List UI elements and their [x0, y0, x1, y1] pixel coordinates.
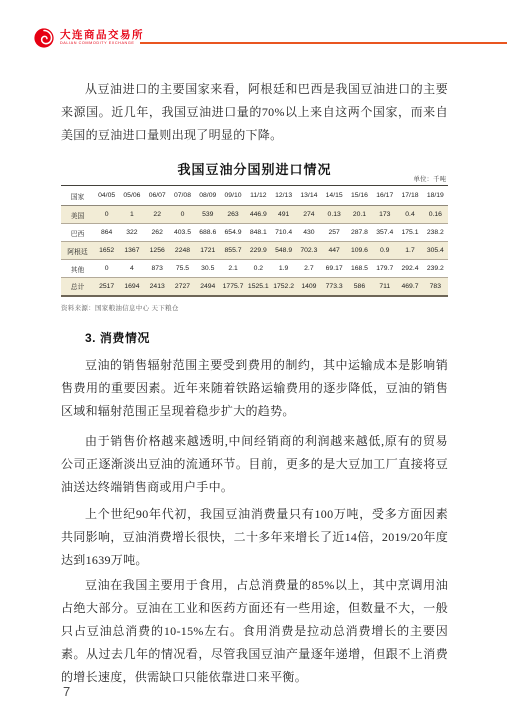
table-unit-label: 单位：千吨 [414, 174, 447, 183]
cell-value: 586 [347, 278, 372, 296]
row-label: 其他 [61, 260, 94, 278]
row-label: 巴西 [61, 224, 94, 242]
cell-value: 2517 [94, 278, 119, 296]
cell-value: 1367 [119, 242, 144, 260]
column-header-year: 17/18 [397, 186, 422, 206]
cell-value: 322 [119, 224, 144, 242]
paragraph-consumption-growth: 上个世纪90年代初，我国豆油消费量只有100万吨，受多方面因素共同影响，豆油消费… [61, 503, 448, 572]
cell-value: 654.9 [220, 224, 245, 242]
column-header-year: 11/12 [246, 186, 271, 206]
cell-value: 239.2 [423, 260, 448, 278]
table-source-note: 资料来源：国家粮油信息中心 天下粮仓 [61, 303, 448, 312]
cell-value: 1.9 [271, 260, 296, 278]
table-row: 美国01220539263446.94912740.1320.11730.40.… [61, 206, 448, 224]
dce-swirl-logo-icon [33, 27, 55, 49]
cell-value: 403.5 [170, 224, 195, 242]
cell-value: 1694 [119, 278, 144, 296]
table-row: 总计251716942413272724941775.71525.11752.2… [61, 278, 448, 296]
cell-value: 848.1 [246, 224, 271, 242]
paragraph-price-transparency: 由于销售价格越来越透明,中间经销商的利润越来越低,原有的贸易公司正逐渐淡出豆油的… [61, 430, 448, 499]
cell-value: 168.5 [347, 260, 372, 278]
cell-value: 688.6 [195, 224, 220, 242]
cell-value: 873 [145, 260, 170, 278]
cell-value: 229.9 [246, 242, 271, 260]
cell-value: 20.1 [347, 206, 372, 224]
cell-value: 2727 [170, 278, 195, 296]
row-label: 美国 [61, 206, 94, 224]
column-header-year: 18/19 [423, 186, 448, 206]
cell-value: 1752.2 [271, 278, 296, 296]
import-table: 国家04/0505/0606/0707/0808/0909/1011/1212/… [61, 185, 448, 297]
column-header-year: 12/13 [271, 186, 296, 206]
column-header-year: 14/15 [322, 186, 347, 206]
cell-value: 773.3 [322, 278, 347, 296]
cell-value: 2.7 [296, 260, 321, 278]
row-label: 总计 [61, 278, 94, 296]
cell-value: 855.7 [220, 242, 245, 260]
cell-value: 1.7 [397, 242, 422, 260]
cell-value: 30.5 [195, 260, 220, 278]
cell-value: 447 [322, 242, 347, 260]
cell-value: 175.1 [397, 224, 422, 242]
cell-value: 22 [145, 206, 170, 224]
page-content: 从豆油进口的主要国家来看，阿根廷和巴西是我国豆油进口的主要来源国。近几年，我国豆… [61, 0, 448, 689]
cell-value: 305.4 [423, 242, 448, 260]
row-label: 阿根廷 [61, 242, 94, 260]
cell-value: 1256 [145, 242, 170, 260]
cell-value: 0.4 [397, 206, 422, 224]
section-heading-consumption: 3. 消费情况 [61, 329, 448, 346]
cell-value: 1721 [195, 242, 220, 260]
cell-value: 173 [372, 206, 397, 224]
cell-value: 263 [220, 206, 245, 224]
cell-value: 1 [119, 206, 144, 224]
column-header-year: 16/17 [372, 186, 397, 206]
column-header-year: 06/07 [145, 186, 170, 206]
table-header-row: 国家04/0505/0606/0707/0808/0909/1011/1212/… [61, 186, 448, 206]
cell-value: 711 [372, 278, 397, 296]
cell-value: 783 [423, 278, 448, 296]
table-body: 美国01220539263446.94912740.1320.11730.40.… [61, 206, 448, 296]
cell-value: 0 [94, 260, 119, 278]
cell-value: 357.4 [372, 224, 397, 242]
cell-value: 864 [94, 224, 119, 242]
cell-value: 491 [271, 206, 296, 224]
column-header-year: 13/14 [296, 186, 321, 206]
table-row: 阿根廷16521367125622481721855.7229.9548.970… [61, 242, 448, 260]
column-header-country: 国家 [61, 186, 94, 206]
cell-value: 0 [94, 206, 119, 224]
cell-value: 1775.7 [220, 278, 245, 296]
cell-value: 0.9 [372, 242, 397, 260]
cell-value: 548.9 [271, 242, 296, 260]
cell-value: 2413 [145, 278, 170, 296]
cell-value: 2248 [170, 242, 195, 260]
table-row: 其他0487375.530.52.10.21.92.769.17168.5179… [61, 260, 448, 278]
cell-value: 257 [322, 224, 347, 242]
cell-value: 1525.1 [246, 278, 271, 296]
table-row: 巴西864322262403.5688.6654.9848.1710.44302… [61, 224, 448, 242]
paragraph-sales-radius: 豆油的销售辐射范围主要受到费用的制约，其中运输成本是影响销售费用的重要因素。近年… [61, 354, 448, 423]
cell-value: 292.4 [397, 260, 422, 278]
column-header-year: 04/05 [94, 186, 119, 206]
cell-value: 262 [145, 224, 170, 242]
cell-value: 109.6 [347, 242, 372, 260]
column-header-year: 08/09 [195, 186, 220, 206]
cell-value: 1409 [296, 278, 321, 296]
cell-value: 238.2 [423, 224, 448, 242]
cell-value: 274 [296, 206, 321, 224]
cell-value: 1652 [94, 242, 119, 260]
table-title: 我国豆油分国别进口情况 [61, 159, 448, 178]
cell-value: 2494 [195, 278, 220, 296]
column-header-year: 07/08 [170, 186, 195, 206]
paragraph-import-countries: 从豆油进口的主要国家来看，阿根廷和巴西是我国豆油进口的主要来源国。近几年，我国豆… [61, 78, 448, 147]
cell-value: 75.5 [170, 260, 195, 278]
column-header-year: 05/06 [119, 186, 144, 206]
column-header-year: 15/16 [347, 186, 372, 206]
cell-value: 69.17 [322, 260, 347, 278]
cell-value: 0 [170, 206, 195, 224]
document-page: 大连商品交易所 DALIAN COMMODITY EXCHANGE 从豆油进口的… [0, 0, 507, 720]
cell-value: 0.2 [246, 260, 271, 278]
cell-value: 702.3 [296, 242, 321, 260]
cell-value: 539 [195, 206, 220, 224]
cell-value: 710.4 [271, 224, 296, 242]
cell-value: 179.7 [372, 260, 397, 278]
cell-value: 430 [296, 224, 321, 242]
page-number: 7 [63, 684, 70, 699]
cell-value: 0.16 [423, 206, 448, 224]
column-header-year: 09/10 [220, 186, 245, 206]
cell-value: 4 [119, 260, 144, 278]
table-block: 国家04/0505/0606/0707/0808/0909/1011/1212/… [61, 185, 448, 297]
cell-value: 287.8 [347, 224, 372, 242]
cell-value: 469.7 [397, 278, 422, 296]
cell-value: 2.1 [220, 260, 245, 278]
paragraph-edible-use: 豆油在我国主要用于食用，占总消费量的85%以上，其中烹调用油占绝大部分。豆油在工… [61, 574, 448, 689]
cell-value: 446.9 [246, 206, 271, 224]
cell-value: 0.13 [322, 206, 347, 224]
